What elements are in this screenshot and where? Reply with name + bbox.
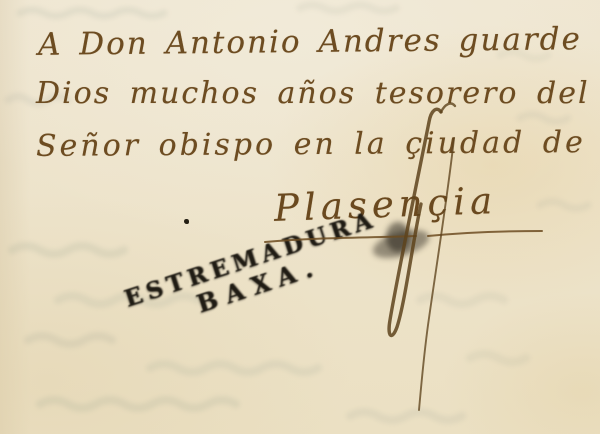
address-line-1: A Don Antonio Andres guarde [38,21,582,63]
address-line-2: Dios muchos años tesorero del [36,76,590,111]
postmark-estremadura-baxa: ESTREMADURA BAXA. [116,205,393,341]
letter-scan: A Don Antonio Andres guarde Dios muchos … [0,0,600,434]
destination-word: Plasençia [273,179,497,230]
ink-dot [184,219,189,224]
address-line-3: Señor obispo en la çiudad de [36,125,586,164]
rate-mark-pen-stroke [419,138,454,410]
destination-underline [428,231,542,236]
